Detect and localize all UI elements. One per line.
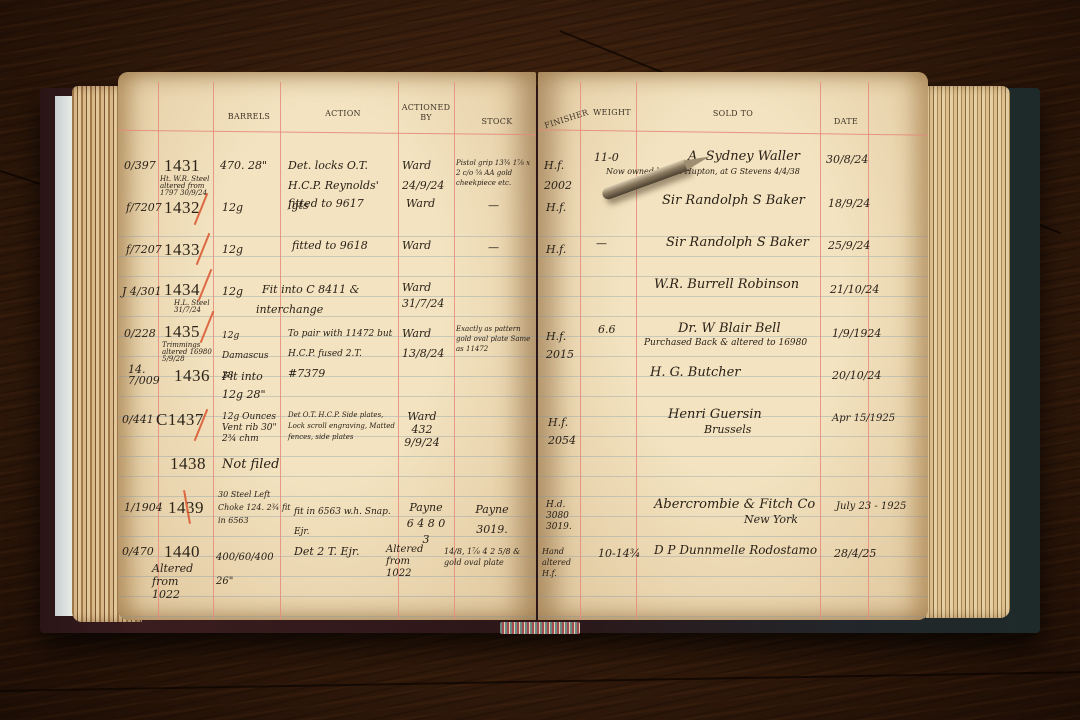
- finisher: H.f.: [546, 202, 566, 213]
- barrels: 12g: [222, 244, 243, 255]
- actioned-by: Ward 24/9/24: [402, 156, 454, 196]
- ref-code: 0/470: [122, 546, 154, 557]
- action: Fit into C 8411 & interchange: [256, 280, 398, 320]
- number-note: H.L. Steel 31/7/24: [174, 300, 214, 314]
- stock: Exactly as pattern gold oval plate Same …: [456, 324, 534, 354]
- barrels: 12g Ounces Vent rib 30" 2¾ chm: [222, 412, 284, 445]
- ref-code: 1/1904: [124, 502, 163, 513]
- actioned-by: Ward: [402, 240, 431, 251]
- actioned-by: Ward: [406, 198, 435, 209]
- stock: Payne 3019.: [464, 500, 520, 540]
- barrels: Fit into 12g 28": [222, 368, 282, 404]
- sold-to: Abercrombie & Fitch Co: [654, 498, 815, 511]
- actioned-by: Ward 13/8/24: [402, 324, 446, 364]
- finisher: H.f. 2002: [544, 156, 574, 196]
- header-col-date: DATE: [824, 117, 868, 127]
- barrels: 12g: [222, 202, 243, 213]
- ledger-right-page: FINISHER WEIGHT SOLD TO DATE H.f. 2002 1…: [538, 72, 928, 620]
- sale-date: 1/9/1924: [832, 328, 881, 339]
- header-col-weight: WEIGHT: [588, 108, 636, 118]
- ref-code: f/7207: [126, 202, 162, 213]
- sold-to: H. G. Butcher: [650, 366, 741, 379]
- gun-number: 1433: [164, 240, 200, 260]
- sale-date: 21/10/24: [830, 284, 879, 295]
- sold-note: Purchased Back & altered to 16980: [644, 338, 814, 348]
- ref-code: f/7207: [126, 244, 162, 255]
- finisher: H.f.: [546, 244, 566, 255]
- ref-code: 0/397: [124, 160, 156, 171]
- sold-to: Henri Guersin: [668, 408, 762, 421]
- sold-to: Sir Randolph S Baker: [666, 236, 809, 249]
- sale-date: Apr 15/1925: [832, 414, 895, 424]
- actioned-by: Ward 31/7/24: [402, 280, 446, 312]
- number-note: Ht. W.R. Steel altered from 1797 30/9/24: [160, 176, 220, 197]
- gun-number: 1438: [170, 454, 206, 474]
- header-rule: [118, 130, 536, 135]
- barrels: 30 Steel Left Choke 124. 2¾ fit in 6563: [218, 488, 298, 527]
- ref-code: J 4/301: [122, 286, 162, 297]
- header-col-barrels: BARRELS: [218, 112, 280, 122]
- actioned-by: Payne 6 4 8 0 3: [406, 500, 446, 548]
- sold-to: W.R. Burrell Robinson: [654, 278, 799, 291]
- ref-code: 14. 7/009: [128, 364, 156, 386]
- sold-to: D P Dunnmelle Rodostamo: [654, 544, 817, 556]
- finisher: H.f. 2015: [546, 328, 576, 364]
- action: fit in 6563 w.h. Snap. Ejr.: [294, 502, 398, 542]
- actioned-by: Altered from 1022: [386, 544, 432, 580]
- action: fitted to 9617: [288, 198, 364, 209]
- weight: —: [596, 238, 607, 249]
- header-col-actioned-by: ACTIONED BY: [398, 103, 454, 123]
- gun-number: 1435: [164, 322, 200, 342]
- barrels: 470. 28": [220, 160, 267, 171]
- header-col-stock: STOCK: [458, 117, 536, 127]
- gun-number: 1436: [174, 366, 210, 386]
- barrels: 12g: [222, 286, 243, 297]
- ref-code: 0/441: [122, 414, 154, 425]
- finisher: H.f. 2054: [548, 414, 578, 450]
- ledger-left-page: BARRELS ACTION ACTIONED BY STOCK 0/397 1…: [118, 72, 536, 620]
- weight: 6.6: [598, 324, 616, 335]
- sold-to: Sir Randolph S Baker: [662, 194, 805, 207]
- actioned-by: Ward 432 9/9/24: [402, 410, 442, 449]
- header-col-finisher: FINISHER: [543, 111, 580, 132]
- sale-date: 25/9/24: [828, 240, 870, 251]
- header-col-sold-to: SOLD TO: [678, 109, 788, 119]
- header-col-action: ACTION: [288, 109, 398, 119]
- sale-date: July 23 - 1925: [836, 502, 906, 512]
- action: To pair with 11472 but H.C.P. fused 2.T.: [288, 324, 398, 364]
- sale-date: 28/4/25: [834, 548, 876, 559]
- finisher: Hand altered H.f.: [542, 546, 576, 579]
- ref-code: 0/228: [124, 328, 156, 339]
- stock: —: [488, 242, 499, 253]
- number-note: Altered from 1022: [152, 562, 196, 601]
- sold-note: Brussels: [704, 424, 751, 435]
- header-rule: [538, 129, 928, 135]
- page-edges-right: [918, 86, 1010, 618]
- weight: 10-14¾: [598, 548, 640, 559]
- number-note: Trimmings altered 16980 5/9/28: [162, 342, 218, 363]
- sold-to: Dr. W Blair Bell: [678, 322, 781, 335]
- sold-note: New York: [744, 514, 798, 525]
- spine-headband: [500, 622, 580, 634]
- barrels: 400/60/400 26": [216, 546, 282, 594]
- sale-date: 20/10/24: [832, 370, 881, 381]
- action: Det 2 T. Ejr.: [294, 546, 359, 557]
- table-board-seam: [0, 671, 1080, 692]
- barrels: Not filed: [222, 458, 279, 471]
- stock: Pistol grip 13¾ 1⅞ x 2 c/o ⅝ AA gold che…: [456, 158, 534, 188]
- gun-number: C1437: [156, 410, 204, 430]
- action: fitted to 9618: [292, 240, 368, 251]
- action: Det O.T. H.C.P. Side plates, Lock scroll…: [288, 410, 398, 443]
- action: #7379: [288, 368, 325, 379]
- weight: 11-0: [594, 152, 619, 163]
- gun-number: 1434: [164, 280, 200, 300]
- gun-number: 1432: [164, 198, 200, 218]
- gun-number: 1431: [164, 156, 200, 176]
- gun-number: 1440: [164, 542, 200, 562]
- finisher: H.d. 3080 3019.: [546, 500, 578, 533]
- sale-date: 30/8/24: [826, 154, 868, 165]
- stock: 14/8, 1⅞ 4 2 5/8 & gold oval plate: [444, 546, 534, 568]
- sold-note: Now owned by J.A. Hupton, at G Stevens 4…: [606, 168, 800, 176]
- sale-date: 18/9/24: [828, 198, 870, 209]
- stock: —: [488, 200, 499, 211]
